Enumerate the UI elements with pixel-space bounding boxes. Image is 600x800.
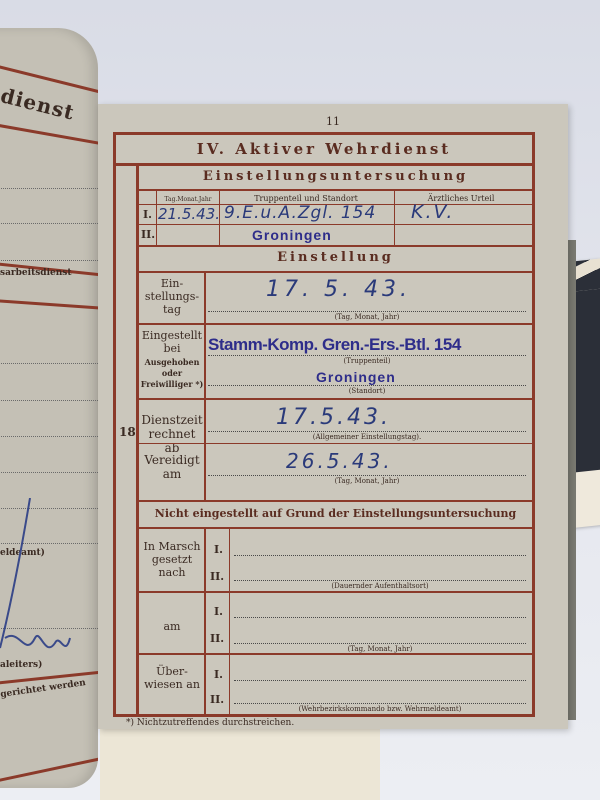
row-roman-2: II. [141,228,155,241]
marched-to-caption: (Dauernder Aufenthaltsort) [234,582,526,590]
roman-i: I. [214,668,223,681]
service-from-label: Dienstzeit rechnet ab [140,413,204,455]
underlying-paper [100,725,380,800]
left-page-title: dienst [0,83,77,125]
divider [0,753,98,785]
date-label: am [140,620,204,633]
date-caption: (Tag, Monat, Jahr) [234,645,526,653]
roman-ii: II. [210,632,224,645]
form-frame: IV. Aktiver Wehrdienst 18 Einstellungsun… [113,132,535,717]
signature [0,498,80,668]
roman-ii: II. [210,693,224,706]
exam-location-stamp: Groningen [252,227,332,243]
sworn-in-caption: (Tag, Monat, Jahr) [208,477,526,485]
footnote: *) Nichtzutreffendes durchstreichen. [126,718,294,728]
exam-unit: 9.E.u.A.Zgl. 154 [224,203,376,223]
sworn-in-label: Vereidigt am [140,453,204,481]
location-stamp: Groningen [316,369,396,385]
transferred-caption: (Wehrbezirkskommando bzw. Wehrmeldeamt) [234,705,526,713]
page-title: IV. Aktiver Wehrdienst [116,135,532,166]
row-roman-1: I. [143,208,152,221]
enlisted-type-label: Ausgehoben oder Freiwilliger *) [140,357,204,390]
enlisted-at-label: Eingestellt bei [140,329,204,355]
enlistment-day-caption: (Tag, Monat, Jahr) [208,313,526,321]
left-page: dienst sarbeitsdienst eldeamt) aleiters)… [0,28,98,788]
document-page: 11 IV. Aktiver Wehrdienst 18 Einstellung… [98,104,568,729]
enlistment-day-label: Ein-stellungs-tag [140,277,204,316]
location-caption: (Standort) [208,387,526,395]
left-label-1: sarbeitsdienst [0,268,72,278]
sworn-in-value: 26.5.43. [286,449,393,473]
unit-caption: (Truppenteil) [208,357,526,365]
service-from-caption: (Allgemeiner Einstellungstag). [208,433,526,441]
page-number: 11 [98,115,568,128]
exam-verdict: K.V. [411,201,454,223]
exam-date: 21.5.43. [158,205,220,223]
not-enlisted-title: Nicht eingestellt auf Grund der Einstell… [139,507,532,520]
marched-to-label: In Marsch gesetzt nach [140,540,204,579]
roman-i: I. [214,543,223,556]
roman-i: I. [214,605,223,618]
enlistment-section-title: Einstellung [139,250,532,265]
transferred-label: Über-wiesen an [140,665,204,691]
exam-section-title: Einstellungsuntersuchung [139,169,532,184]
enlistment-day-value: 17. 5. 43. [266,277,411,302]
section-number: 18 [119,425,136,439]
divider [0,298,98,311]
unit-stamp: Stamm-Komp. Gren.-Ers.-Btl. 154 [208,335,461,355]
service-from-value: 17.5.43. [276,405,391,430]
roman-ii: II. [210,570,224,583]
divider [0,121,98,148]
